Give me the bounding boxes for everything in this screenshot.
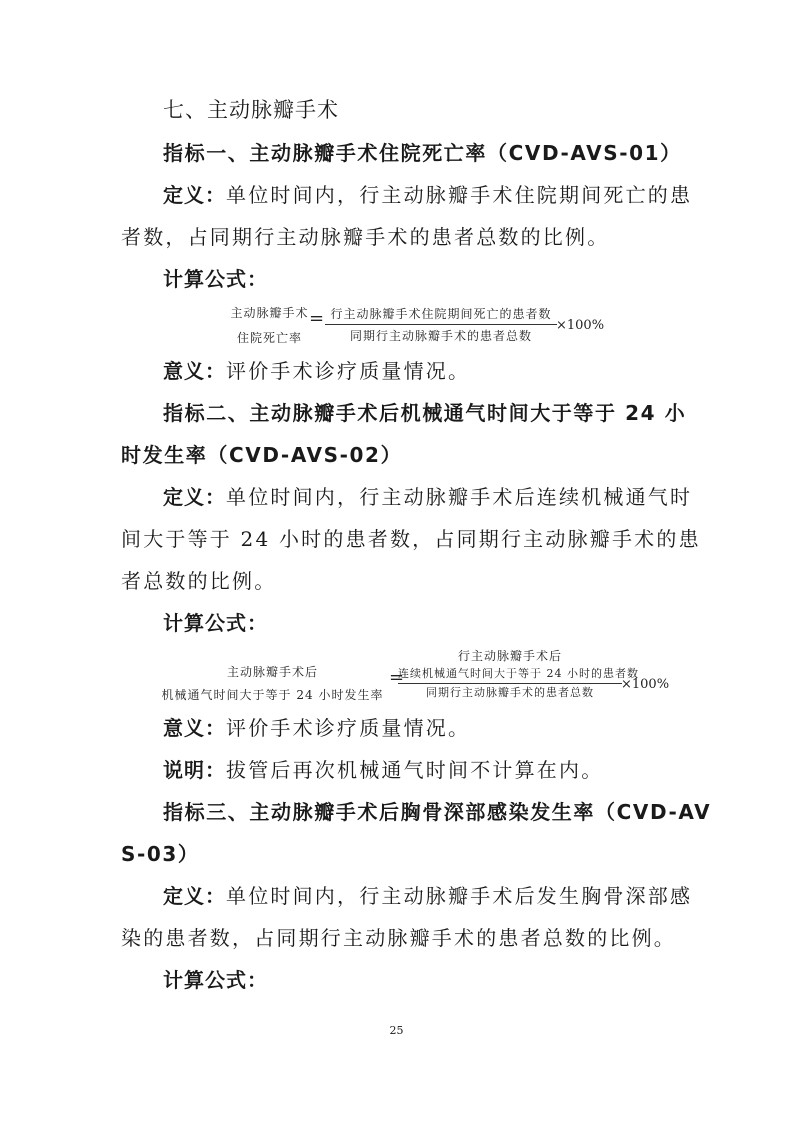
definition-text: 单位时间内，行主动脉瓣手术后连续机械通气时 [226, 485, 692, 509]
section-title: 七、主动脉瓣手术 [163, 97, 718, 123]
formula-numerator-line1: 行主动脉瓣手术后 [398, 648, 622, 664]
indicator-2-definition-cont2: 者总数的比例。 [121, 568, 676, 594]
indicator-3-title: 指标三、主动脉瓣手术后胸骨深部感染发生率（CVD-AV [163, 799, 718, 825]
indicator-2-meaning: 意义：评价手术诊疗质量情况。 [163, 715, 718, 741]
meaning-text: 评价手术诊疗质量情况。 [226, 716, 470, 740]
indicator-2-title: 指标二、主动脉瓣手术后机械通气时间大于等于 24 小 [163, 400, 718, 426]
indicator-1-formula: 主动脉瓣手术 住院死亡率 = 行主动脉瓣手术住院期间死亡的患者数 同期行主动脉瓣… [0, 0, 793, 1122]
formula-denominator: 同期行主动脉瓣手术的患者总数 [325, 328, 557, 344]
definition-text: 单位时间内，行主动脉瓣手术后发生胸骨深部感 [226, 884, 692, 908]
definition-label: 定义： [163, 183, 226, 207]
meaning-label: 意义： [163, 716, 226, 740]
document-page: 七、主动脉瓣手术 指标一、主动脉瓣手术住院死亡率（CVD-AVS-01） 定义：… [0, 0, 793, 1122]
fraction-bar [325, 324, 557, 325]
page-number: 25 [0, 1024, 793, 1037]
equals-sign: = [309, 311, 324, 327]
indicator-1-meaning: 意义：评价手术诊疗质量情况。 [163, 358, 718, 384]
fraction-bar [398, 683, 622, 684]
indicator-2-formula-label: 计算公式： [163, 610, 718, 636]
indicator-3-formula-label: 计算公式： [163, 967, 718, 993]
indicator-2-title-cont: 时发生率（CVD-AVS-02） [121, 442, 676, 468]
indicator-1-definition-cont: 者数，占同期行主动脉瓣手术的患者总数的比例。 [121, 224, 676, 250]
definition-label: 定义： [163, 485, 226, 509]
equals-sign: = [389, 670, 404, 686]
indicator-2-definition: 定义：单位时间内，行主动脉瓣手术后连续机械通气时 [163, 484, 718, 510]
indicator-3-definition: 定义：单位时间内，行主动脉瓣手术后发生胸骨深部感 [163, 883, 718, 909]
note-text: 拔管后再次机械通气时间不计算在内。 [226, 758, 603, 782]
formula-lhs-line2: 机械通气时间大于等于 24 小时发生率 [155, 687, 390, 703]
formula-lhs-line1: 主动脉瓣手术后 [155, 664, 390, 680]
meaning-label: 意义： [163, 359, 226, 383]
formula-multiplier: ×100% [621, 677, 669, 693]
meaning-text: 评价手术诊疗质量情况。 [226, 359, 470, 383]
formula-lhs-line1: 主动脉瓣手术 [222, 305, 317, 321]
note-label: 说明： [163, 758, 226, 782]
indicator-2-formula: 主动脉瓣手术后 机械通气时间大于等于 24 小时发生率 = 行主动脉瓣手术后 连… [0, 0, 793, 1122]
formula-denominator: 同期行主动脉瓣手术的患者总数 [398, 685, 622, 701]
indicator-1-formula-label: 计算公式： [163, 266, 718, 292]
indicator-3-title-cont: S-03） [121, 841, 676, 867]
definition-label: 定义： [163, 884, 226, 908]
indicator-1-definition: 定义：单位时间内，行主动脉瓣手术住院期间死亡的患 [163, 182, 718, 208]
indicator-2-definition-cont: 间大于等于 24 小时的患者数，占同期行主动脉瓣手术的患 [121, 526, 676, 552]
formula-lhs-line2: 住院死亡率 [222, 330, 317, 346]
indicator-2-note: 说明：拔管后再次机械通气时间不计算在内。 [163, 757, 718, 783]
formula-numerator-line2: 连续机械通气时间大于等于 24 小时的患者数 [398, 666, 622, 682]
indicator-3-definition-cont: 染的患者数，占同期行主动脉瓣手术的患者总数的比例。 [121, 925, 676, 951]
formula-multiplier: ×100% [556, 318, 604, 334]
indicator-1-title: 指标一、主动脉瓣手术住院死亡率（CVD-AVS-01） [163, 140, 718, 166]
formula-numerator: 行主动脉瓣手术住院期间死亡的患者数 [325, 306, 557, 322]
definition-text: 单位时间内，行主动脉瓣手术住院期间死亡的患 [226, 183, 692, 207]
